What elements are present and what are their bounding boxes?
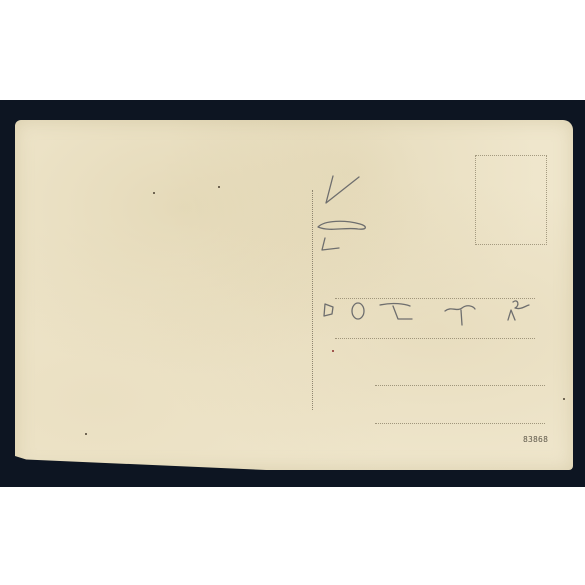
address-line [335,298,535,299]
address-line [375,423,545,424]
paper-speck [218,186,220,188]
paper-speck [332,350,334,352]
paper-speck [85,433,87,435]
stamp-box [475,155,547,245]
postcard-back: 83868 [15,120,573,470]
paper-speck [153,192,155,194]
paper-speck [563,398,565,400]
address-line [375,385,545,386]
printed-serial-number: 83868 [523,435,548,444]
address-line [335,338,535,339]
center-divider-line [312,190,313,410]
